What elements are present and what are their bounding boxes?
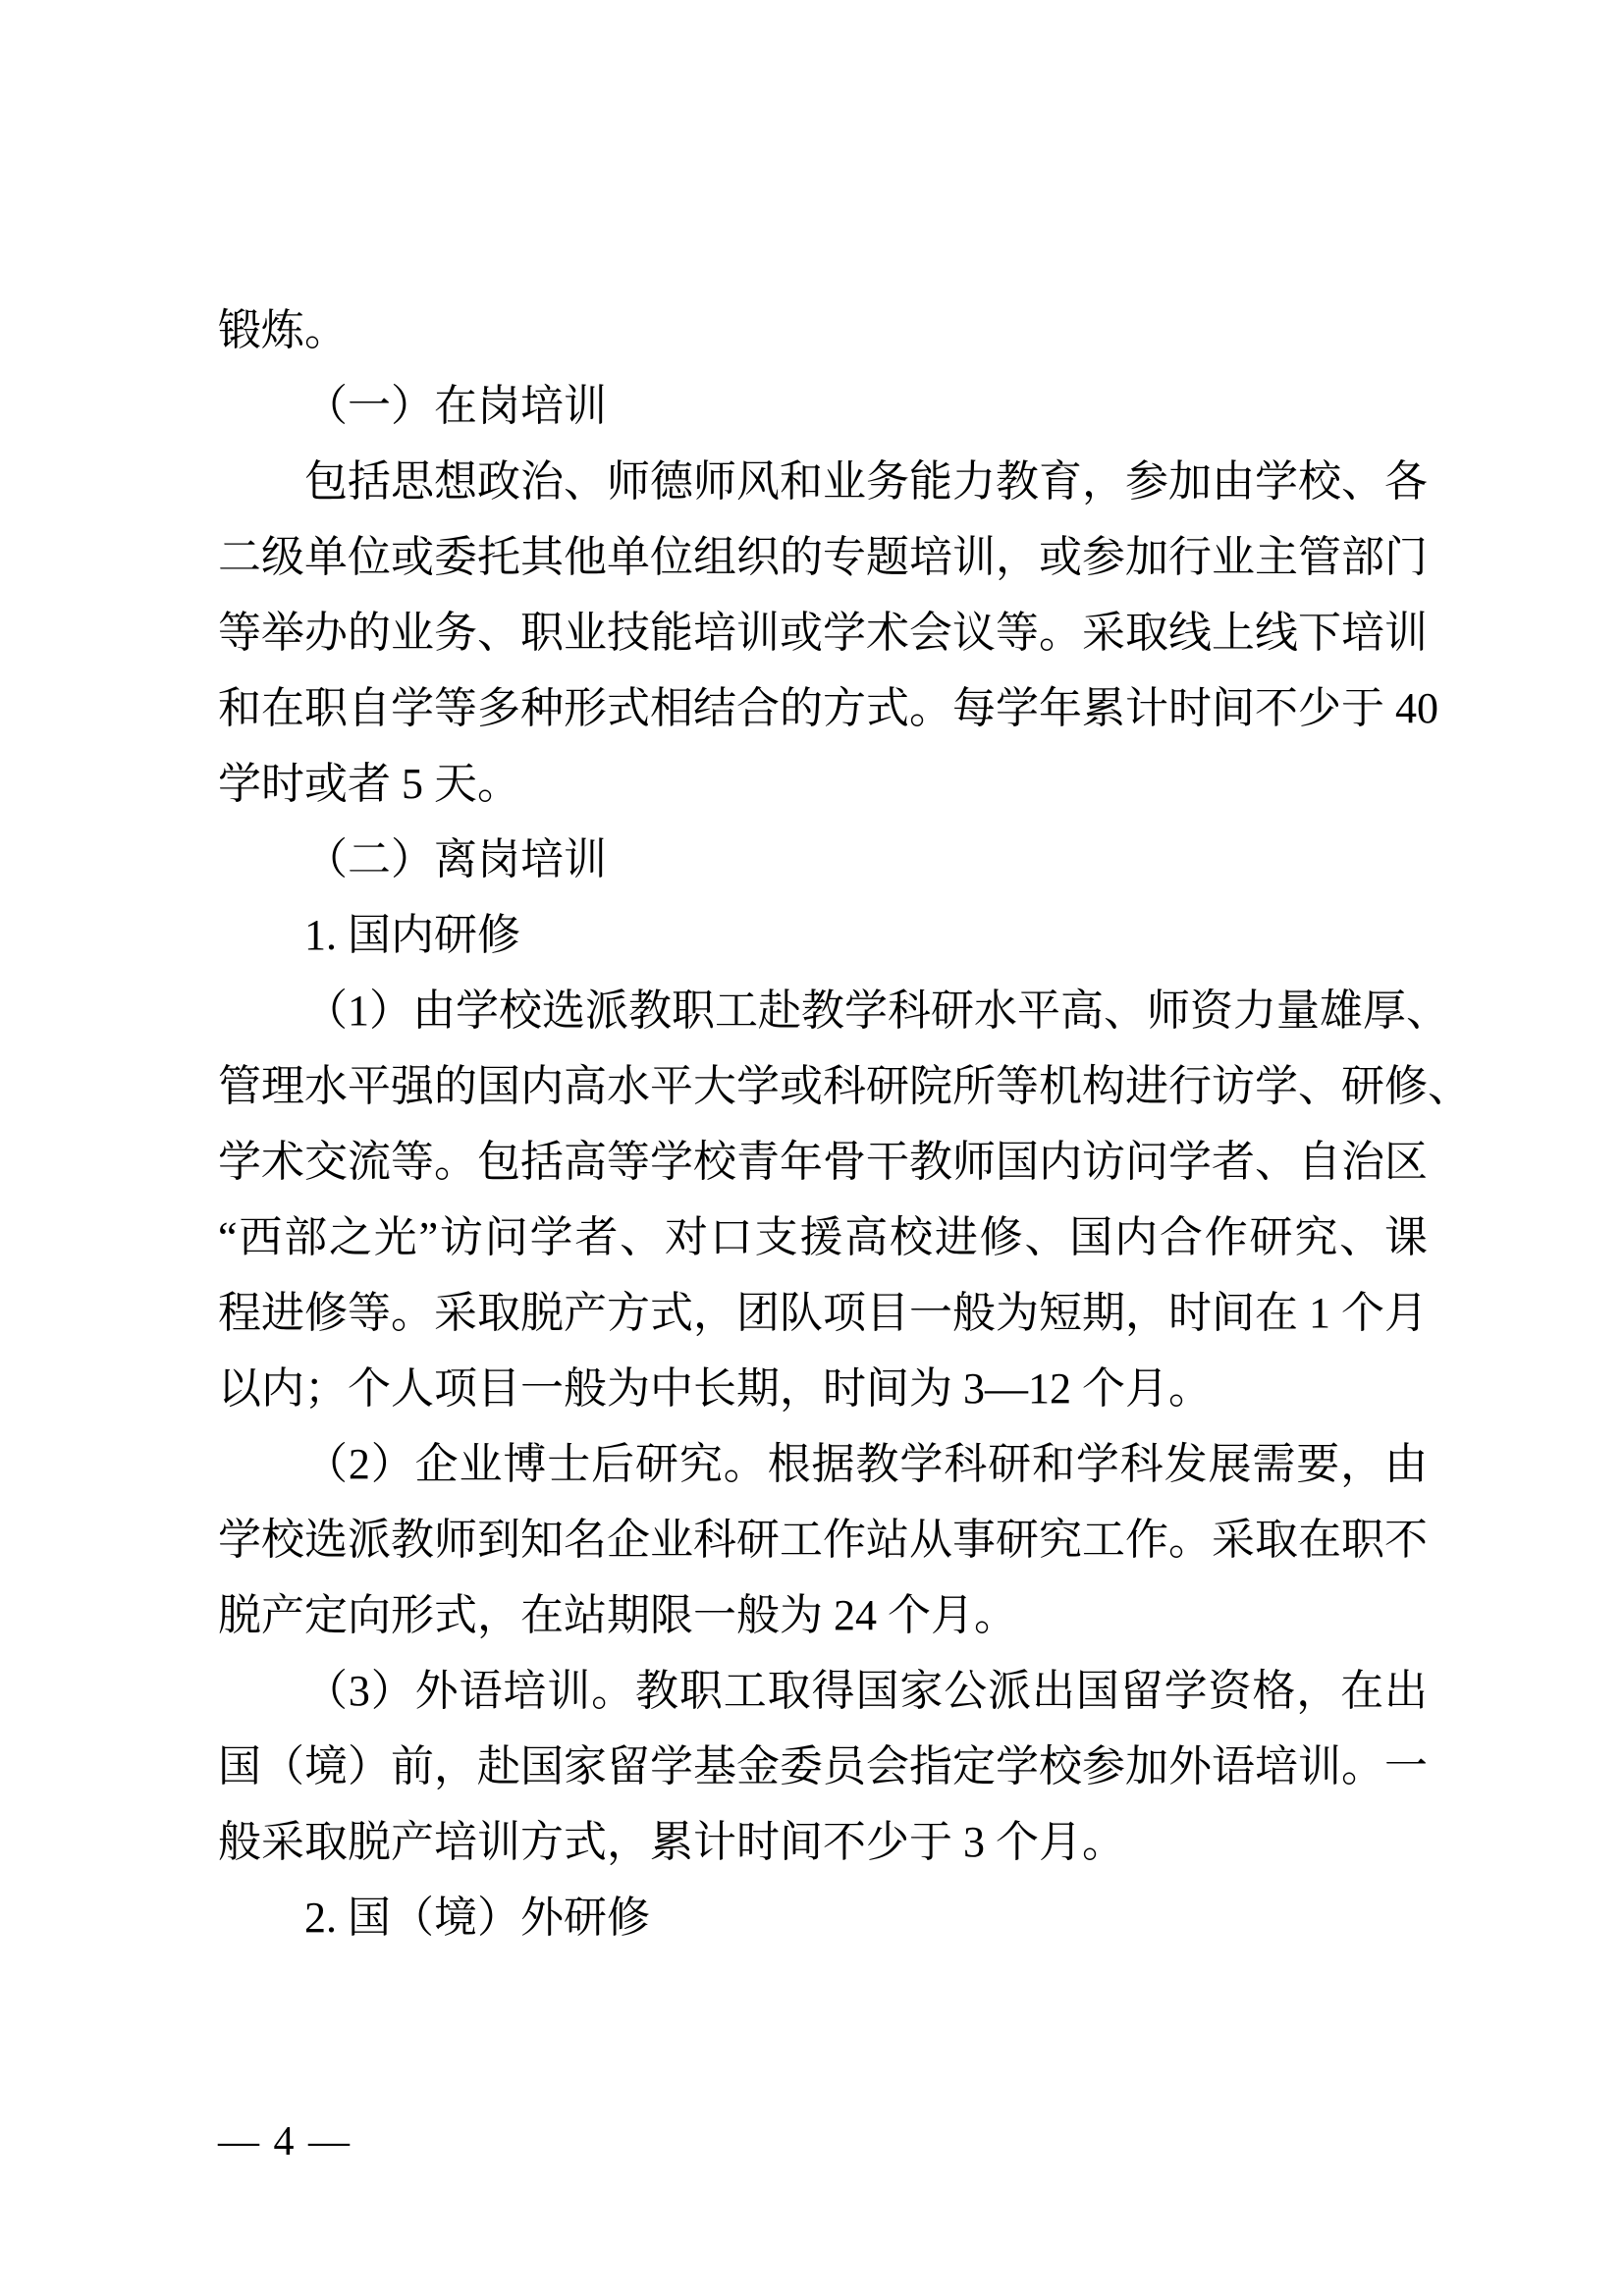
paragraph: （二）离岗培训 — [218, 822, 1428, 897]
text-line: 二级单位或委托其他单位组织的专题培训，或参加行业主管部门 — [218, 519, 1428, 595]
paragraph: 包括思想政治、师德师风和业务能力教育，参加由学校、各二级单位或委托其他单位组织的… — [218, 444, 1428, 822]
paragraph: （3）外语培训。教职工取得国家公派出国留学资格，在出国（境）前，赴国家留学基金委… — [218, 1653, 1428, 1880]
text-line: （2）企业博士后研究。根据教学科研和学科发展需要，由 — [218, 1426, 1428, 1502]
text-line: 2. 国（境）外研修 — [218, 1880, 1428, 1955]
document-page: 锻炼。（一）在岗培训包括思想政治、师德师风和业务能力教育，参加由学校、各二级单位… — [0, 0, 1624, 2296]
text-line: 般采取脱产培训方式，累计时间不少于 3 个月。 — [218, 1804, 1428, 1880]
text-line: 包括思想政治、师德师风和业务能力教育，参加由学校、各 — [218, 444, 1428, 519]
text-line: 和在职自学等多种形式相结合的方式。每学年累计时间不少于 40 — [218, 670, 1428, 746]
text-line: 学校选派教师到知名企业科研工作站从事研究工作。采取在职不 — [218, 1502, 1428, 1577]
text-line: （一）在岗培训 — [218, 368, 1428, 444]
document-body: 锻炼。（一）在岗培训包括思想政治、师德师风和业务能力教育，参加由学校、各二级单位… — [218, 293, 1428, 1955]
text-line: 学时或者 5 天。 — [218, 746, 1428, 822]
text-line: 以内；个人项目一般为中长期，时间为 3—12 个月。 — [218, 1351, 1428, 1426]
text-line: （二）离岗培训 — [218, 822, 1428, 897]
paragraph: 锻炼。 — [218, 293, 1428, 368]
text-line: 1. 国内研修 — [218, 897, 1428, 973]
text-line: （1）由学校选派教职工赴教学科研水平高、师资力量雄厚、 — [218, 973, 1428, 1048]
text-line: “西部之光”访问学者、对口支援高校进修、国内合作研究、课 — [218, 1200, 1428, 1275]
paragraph: 1. 国内研修 — [218, 897, 1428, 973]
text-line: 脱产定向形式，在站期限一般为 24 个月。 — [218, 1577, 1428, 1653]
text-line: （3）外语培训。教职工取得国家公派出国留学资格，在出 — [218, 1653, 1428, 1729]
paragraph: （一）在岗培训 — [218, 368, 1428, 444]
text-line: 国（境）前，赴国家留学基金委员会指定学校参加外语培训。一 — [218, 1729, 1428, 1804]
text-line: 等举办的业务、职业技能培训或学术会议等。采取线上线下培训 — [218, 595, 1428, 670]
paragraph: 2. 国（境）外研修 — [218, 1880, 1428, 1955]
text-line: 学术交流等。包括高等学校青年骨干教师国内访问学者、自治区 — [218, 1124, 1428, 1200]
text-line: 锻炼。 — [218, 293, 1428, 368]
text-line: 程进修等。采取脱产方式，团队项目一般为短期，时间在 1 个月 — [218, 1275, 1428, 1351]
text-line: 管理水平强的国内高水平大学或科研院所等机构进行访学、研修、 — [218, 1048, 1428, 1124]
page-number: — 4 — — [218, 2118, 352, 2165]
paragraph: （1）由学校选派教职工赴教学科研水平高、师资力量雄厚、管理水平强的国内高水平大学… — [218, 973, 1428, 1426]
paragraph: （2）企业博士后研究。根据教学科研和学科发展需要，由学校选派教师到知名企业科研工… — [218, 1426, 1428, 1653]
